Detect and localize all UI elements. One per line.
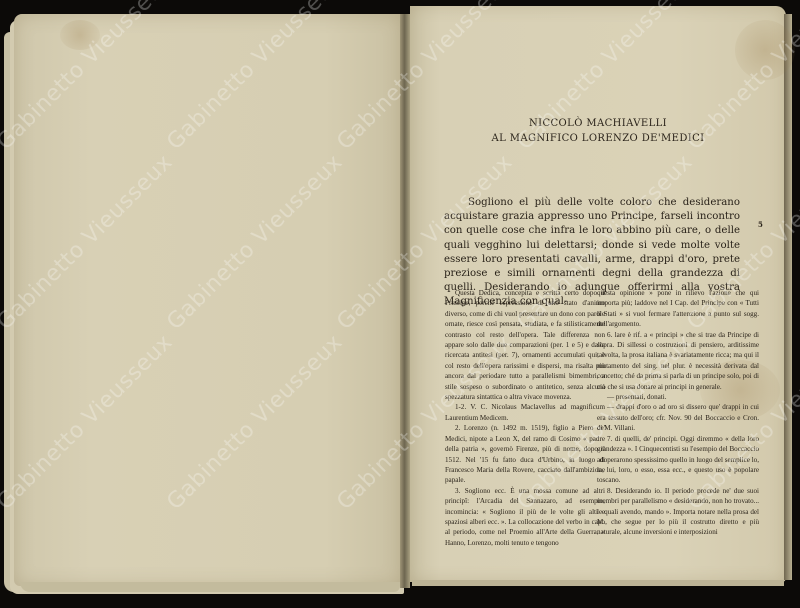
right-page-edge xyxy=(784,14,792,580)
footnote: Questa Dedica, concepita e scritta certo… xyxy=(445,288,605,402)
book-spread: NICCOLÒ MACHIAVELLI AL MAGNIFICO LORENZO… xyxy=(0,0,800,608)
left-page-bottom-edge xyxy=(20,582,400,592)
footnote: 8. Desiderando io. Il periodo procede ne… xyxy=(597,486,759,538)
paper-stain xyxy=(60,20,100,50)
book-spine xyxy=(400,14,410,588)
footnotes-right-column: questa opinione » pone in rilievo l'azio… xyxy=(597,288,759,538)
footnote: 7. di quelli, de' principi. Oggi diremmo… xyxy=(597,434,759,486)
footnote: — drappi d'oro o ad oro si dissero que' … xyxy=(597,402,759,433)
footnote: questa opinione » pone in rilievo l'azio… xyxy=(597,288,759,330)
footnote: 6. lare è rif. a « principi » che si tra… xyxy=(597,330,759,392)
heading-addressee: AL MAGNIFICO LORENZO DE'MEDICI xyxy=(410,133,786,144)
footnote: 1-2. V. C. Nicolaus Maclavellus ad magni… xyxy=(445,402,605,423)
footnote: 2. Lorenzo (n. 1492 m. 1519), figlio a P… xyxy=(445,423,605,485)
margin-line-number: 5 xyxy=(758,220,763,229)
footnote: 3. Sogliono ecc. È una mossa comune ad a… xyxy=(445,486,605,548)
paper-stain xyxy=(735,20,795,80)
heading-author: NICCOLÒ MACHIAVELLI xyxy=(410,118,786,129)
left-page-blank xyxy=(14,14,402,586)
footnote: — presentati, donati. xyxy=(597,392,759,402)
right-page-bottom-edge xyxy=(412,580,784,586)
footnotes-left-column: Questa Dedica, concepita e scritta certo… xyxy=(445,288,605,548)
